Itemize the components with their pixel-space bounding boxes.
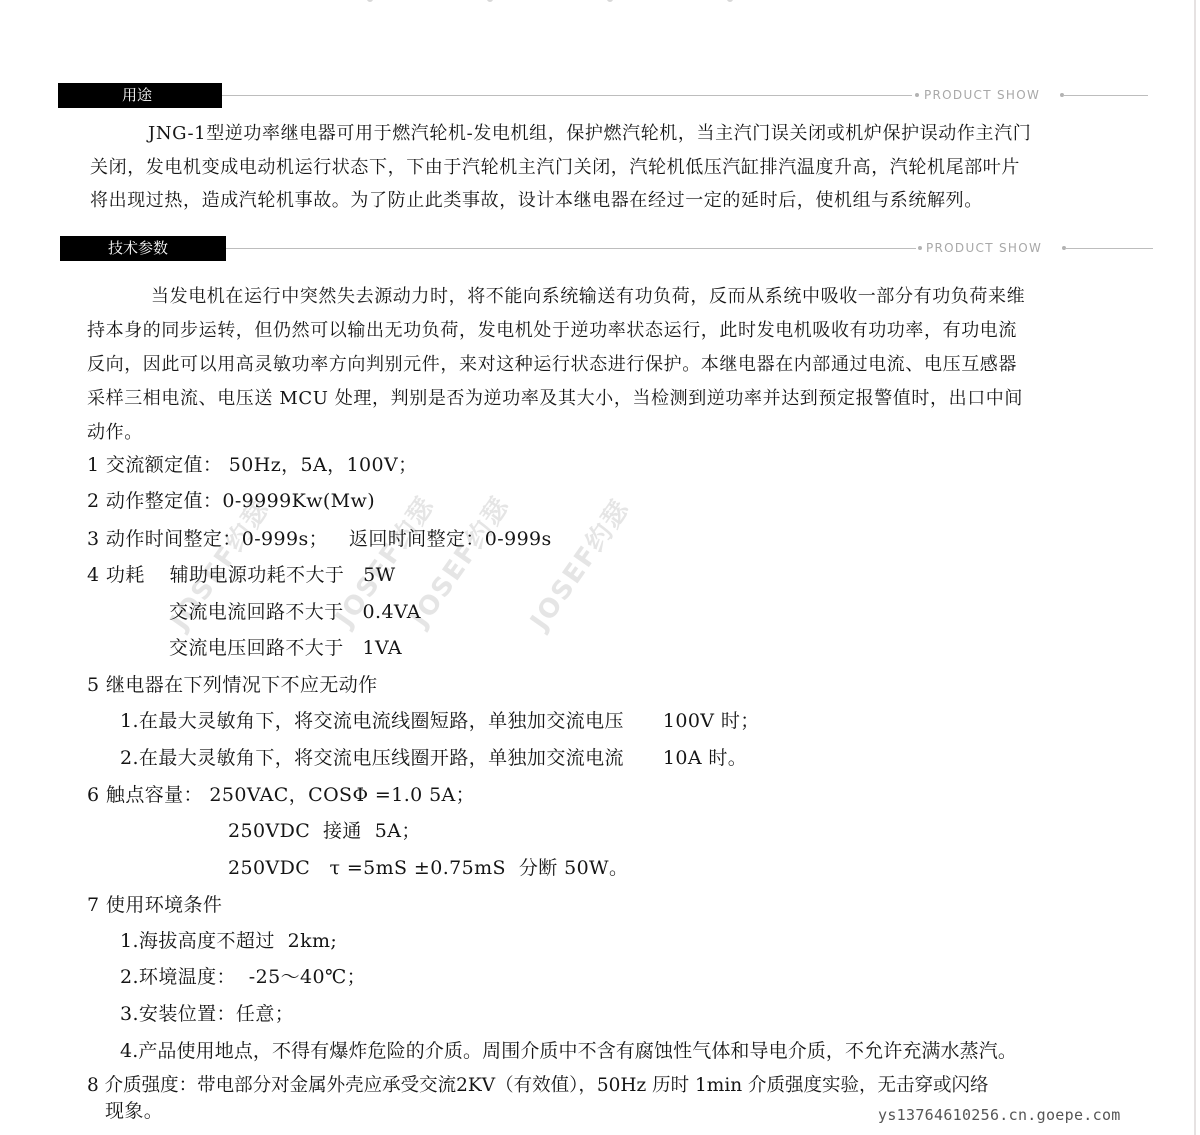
spec-environment-row: 2.环境温度： -25～40℃； [120,964,366,990]
paragraph-line: 反向，因此可以用高灵敏功率方向判别元件，来对这种运行状态进行保护。本继电器在内部… [87,348,1025,382]
paragraph-line: 持本身的同步运转，但仍然可以输出无功负荷，发电机处于逆功率状态运行，此时发电机吸… [87,314,1025,348]
spec-row-text: 交流电流回路不大于 [169,601,344,623]
paragraph-line: 将出现过热，造成汽轮机事故。为了防止此类事故，设计本继电器在经过一定的延时后，使… [90,184,1031,218]
tech-params-paragraph: 当发电机在运行中突然失去源动力时，将不能向系统输送有功负荷，反而从系统中吸收一部… [87,280,1025,450]
footer-url: ys13764610256.cn.goepe.com [878,1106,1121,1124]
spec-row-value: 10A 时。 [663,747,747,769]
spec-power-consumption: 4 功耗 辅助电源功耗不大于 5W [87,562,396,588]
divider-line [222,95,912,96]
spec-operating-setpoint: 2 动作整定值：0-9999Kw(Mw) [87,488,375,514]
spec-environment-row: 1.海拔高度不超过 2km; [120,928,337,954]
section-header-tech-params: 技术参数 PRODUCT SHOW [60,236,1150,261]
spec-time-setting: 3 动作时间整定：0-999s； 返回时间整定：0-999s [87,526,552,552]
spec-power-row: 交流电压回路不大于 1VA [169,635,402,661]
dot-icon [915,93,919,97]
dot-icon [918,246,922,250]
spec-row-value: 250VAC，COSΦ =1.0 5A； [209,784,475,806]
section-subtitle: PRODUCT SHOW [926,240,1042,256]
spec-row-text: 辅助电源功耗不大于 [170,564,345,586]
spec-dielectric-strength: 8 介质强度：带电部分对金属外壳应承受交流2KV（有效值），50Hz 历时 1m… [87,1073,989,1099]
spec-row-text: 交流电压回路不大于 [169,637,344,659]
spec-value: 50Hz，5A，100V； [229,454,418,476]
divider-line [226,248,916,249]
spec-row-value: 5W [363,564,395,586]
spec-label: 7 使用环境条件 [87,894,222,916]
paragraph-line: 关闭，发电机变成电动机运行状态下，下由于汽轮机主汽门关闭，汽轮机低压汽缸排汽温度… [90,151,1031,185]
section-title-tech-params: 技术参数 [60,236,226,261]
paragraph-line: 动作。 [87,416,1025,450]
paragraph-line: 当发电机在运行中突然失去源动力时，将不能向系统输送有功负荷，反而从系统中吸收一部… [87,280,1025,314]
spec-row-value: 0.4VA [363,601,421,623]
section-subtitle: PRODUCT SHOW [924,87,1040,103]
spec-contact-row: 250VDC 接通 5A； [228,818,421,844]
spec-environment-row: 4.产品使用地点，不得有爆炸危险的介质。周围介质中不含有腐蚀性气体和导电介质，不… [120,1038,1017,1064]
spec-row-value: 100V 时； [663,710,760,732]
spec-no-misoperation: 5 继电器在下列情况下不应无动作 [87,672,378,698]
section-title-usage: 用途 [58,83,222,108]
page-right-border [1194,0,1196,1135]
spec-value: 返回时间整定：0-999s [349,528,552,550]
spec-row-value: 1VA [363,637,402,659]
spec-label: 1 交流额定值： [87,454,222,476]
watermark: JOSEF约瑟 [520,490,638,636]
spec-contact-capacity: 6 触点容量： 250VAC，COSΦ =1.0 5A； [87,782,475,808]
spec-rated-value: 1 交流额定值： 50Hz，5A，100V； [87,452,418,478]
spec-label: 6 触点容量： [87,784,203,806]
paragraph-line: JNG-1型逆功率继电器可用于燃汽轮机-发电机组，保护燃汽轮机，当主汽门误关闭或… [90,117,1031,151]
spec-label: 4 功耗 [87,564,145,586]
spec-environment-row: 3.安装位置：任意； [120,1001,294,1027]
paragraph-line: 采样三相电流、电压送 MCU 处理，判别是否为逆功率及其大小，当检测到逆功率并达… [87,382,1025,416]
top-decoration [0,0,1200,4]
spec-label: 3 动作时间整定：0-999s； [87,528,328,550]
spec-contact-row: 250VDC τ =5mS ±0.75mS 分断 50W。 [228,855,628,881]
divider-line [1065,248,1153,249]
section-header-usage: 用途 PRODUCT SHOW [58,83,1148,108]
divider-line [1063,95,1148,96]
spec-condition-row: 1.在最大灵敏角下，将交流电流线圈短路，单独加交流电压 100V 时； [120,708,760,734]
usage-paragraph: JNG-1型逆功率继电器可用于燃汽轮机-发电机组，保护燃汽轮机，当主汽门误关闭或… [90,117,1031,218]
spec-condition-row: 2.在最大灵敏角下，将交流电压线圈开路，单独加交流电流 10A 时。 [120,745,747,771]
spec-row-text: 1.在最大灵敏角下，将交流电流线圈短路，单独加交流电压 [120,710,624,732]
spec-label: 2 动作整定值： [87,490,222,512]
spec-value: 0-9999Kw(Mw) [222,490,375,512]
spec-dielectric-strength-cont: 现象。 [105,1098,163,1124]
spec-environment: 7 使用环境条件 [87,892,222,918]
spec-power-row: 交流电流回路不大于 0.4VA [169,599,421,625]
spec-row-text: 2.在最大灵敏角下，将交流电压线圈开路，单独加交流电流 [120,747,624,769]
spec-label: 5 继电器在下列情况下不应无动作 [87,674,378,696]
